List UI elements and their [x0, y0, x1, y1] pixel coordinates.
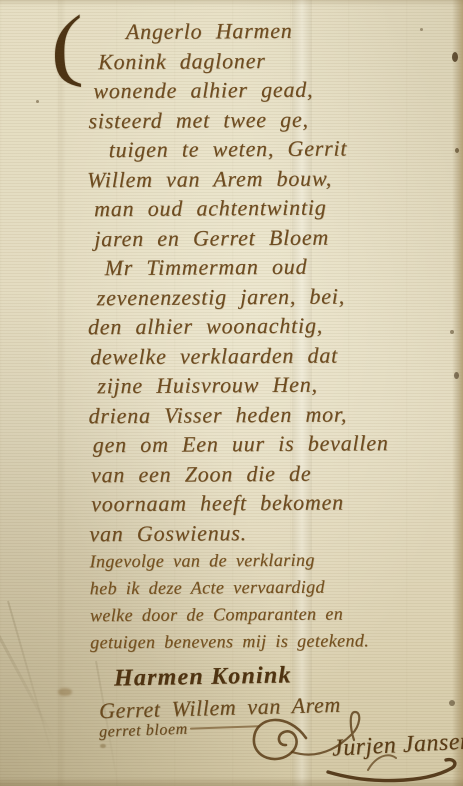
manuscript-line: getuigen benevens mij is getekend. — [90, 627, 460, 657]
manuscript-line: van Goswienus. — [89, 516, 459, 548]
manuscript-line: Willem van Arem bouw, — [87, 162, 457, 194]
ink-speck — [449, 700, 455, 706]
manuscript-line: Ingevolge van de verklaring — [89, 546, 459, 576]
manuscript-line: zevenenzestig jaren, bei, — [97, 280, 458, 312]
page-bottom-edge — [0, 777, 463, 786]
paper-crease — [7, 601, 56, 765]
left-fold-line — [56, 0, 66, 786]
manuscript-line: jaren en Gerret Bloem — [94, 221, 457, 253]
opening-paraph-mark: ( — [38, 0, 93, 95]
manuscript-line: zijne Huisvrouw Hen, — [97, 369, 458, 401]
manuscript-line: man oud achtentwintig — [94, 192, 457, 224]
manuscript-text-block: Angerlo Harmen Konink dagloner wonende a… — [86, 15, 460, 657]
paper-crease — [0, 581, 56, 741]
manuscript-line: Angerlo Harmen — [126, 15, 456, 47]
manuscript-line: voornaam heeft bekomen — [91, 487, 459, 519]
manuscript-line: driena Visser heden mor, — [88, 398, 458, 430]
ink-speck — [36, 100, 39, 103]
paper-stain — [58, 688, 72, 696]
manuscript-line: Mr Timmerman oud — [104, 251, 457, 283]
manuscript-line: van een Zoon die de — [91, 457, 459, 489]
signature-jurjen-jansen: Jurjen Jansen — [331, 728, 463, 762]
manuscript-line: den alhier woonachtig, — [88, 310, 458, 342]
manuscript-line: dewelke verklaarden dat — [90, 339, 458, 371]
signature-harmen-konink: Harmen Konink — [114, 662, 292, 692]
paper-stain — [100, 744, 106, 748]
manuscript-page: ( Angerlo Harmen Konink dagloner wonende… — [0, 0, 463, 786]
manuscript-line: welke door de Comparanten en — [90, 600, 460, 630]
manuscript-line: gen om Een uur is bevallen — [93, 428, 459, 460]
manuscript-line: heb ik deze Acte vervaardigd — [90, 573, 460, 603]
manuscript-line: wonende alhier gead, — [93, 74, 456, 106]
manuscript-line: sisteerd met twee ge, — [88, 103, 456, 135]
manuscript-line: tuigen te weten, Gerrit — [109, 133, 457, 165]
manuscript-line: Konink dagloner — [98, 44, 456, 76]
